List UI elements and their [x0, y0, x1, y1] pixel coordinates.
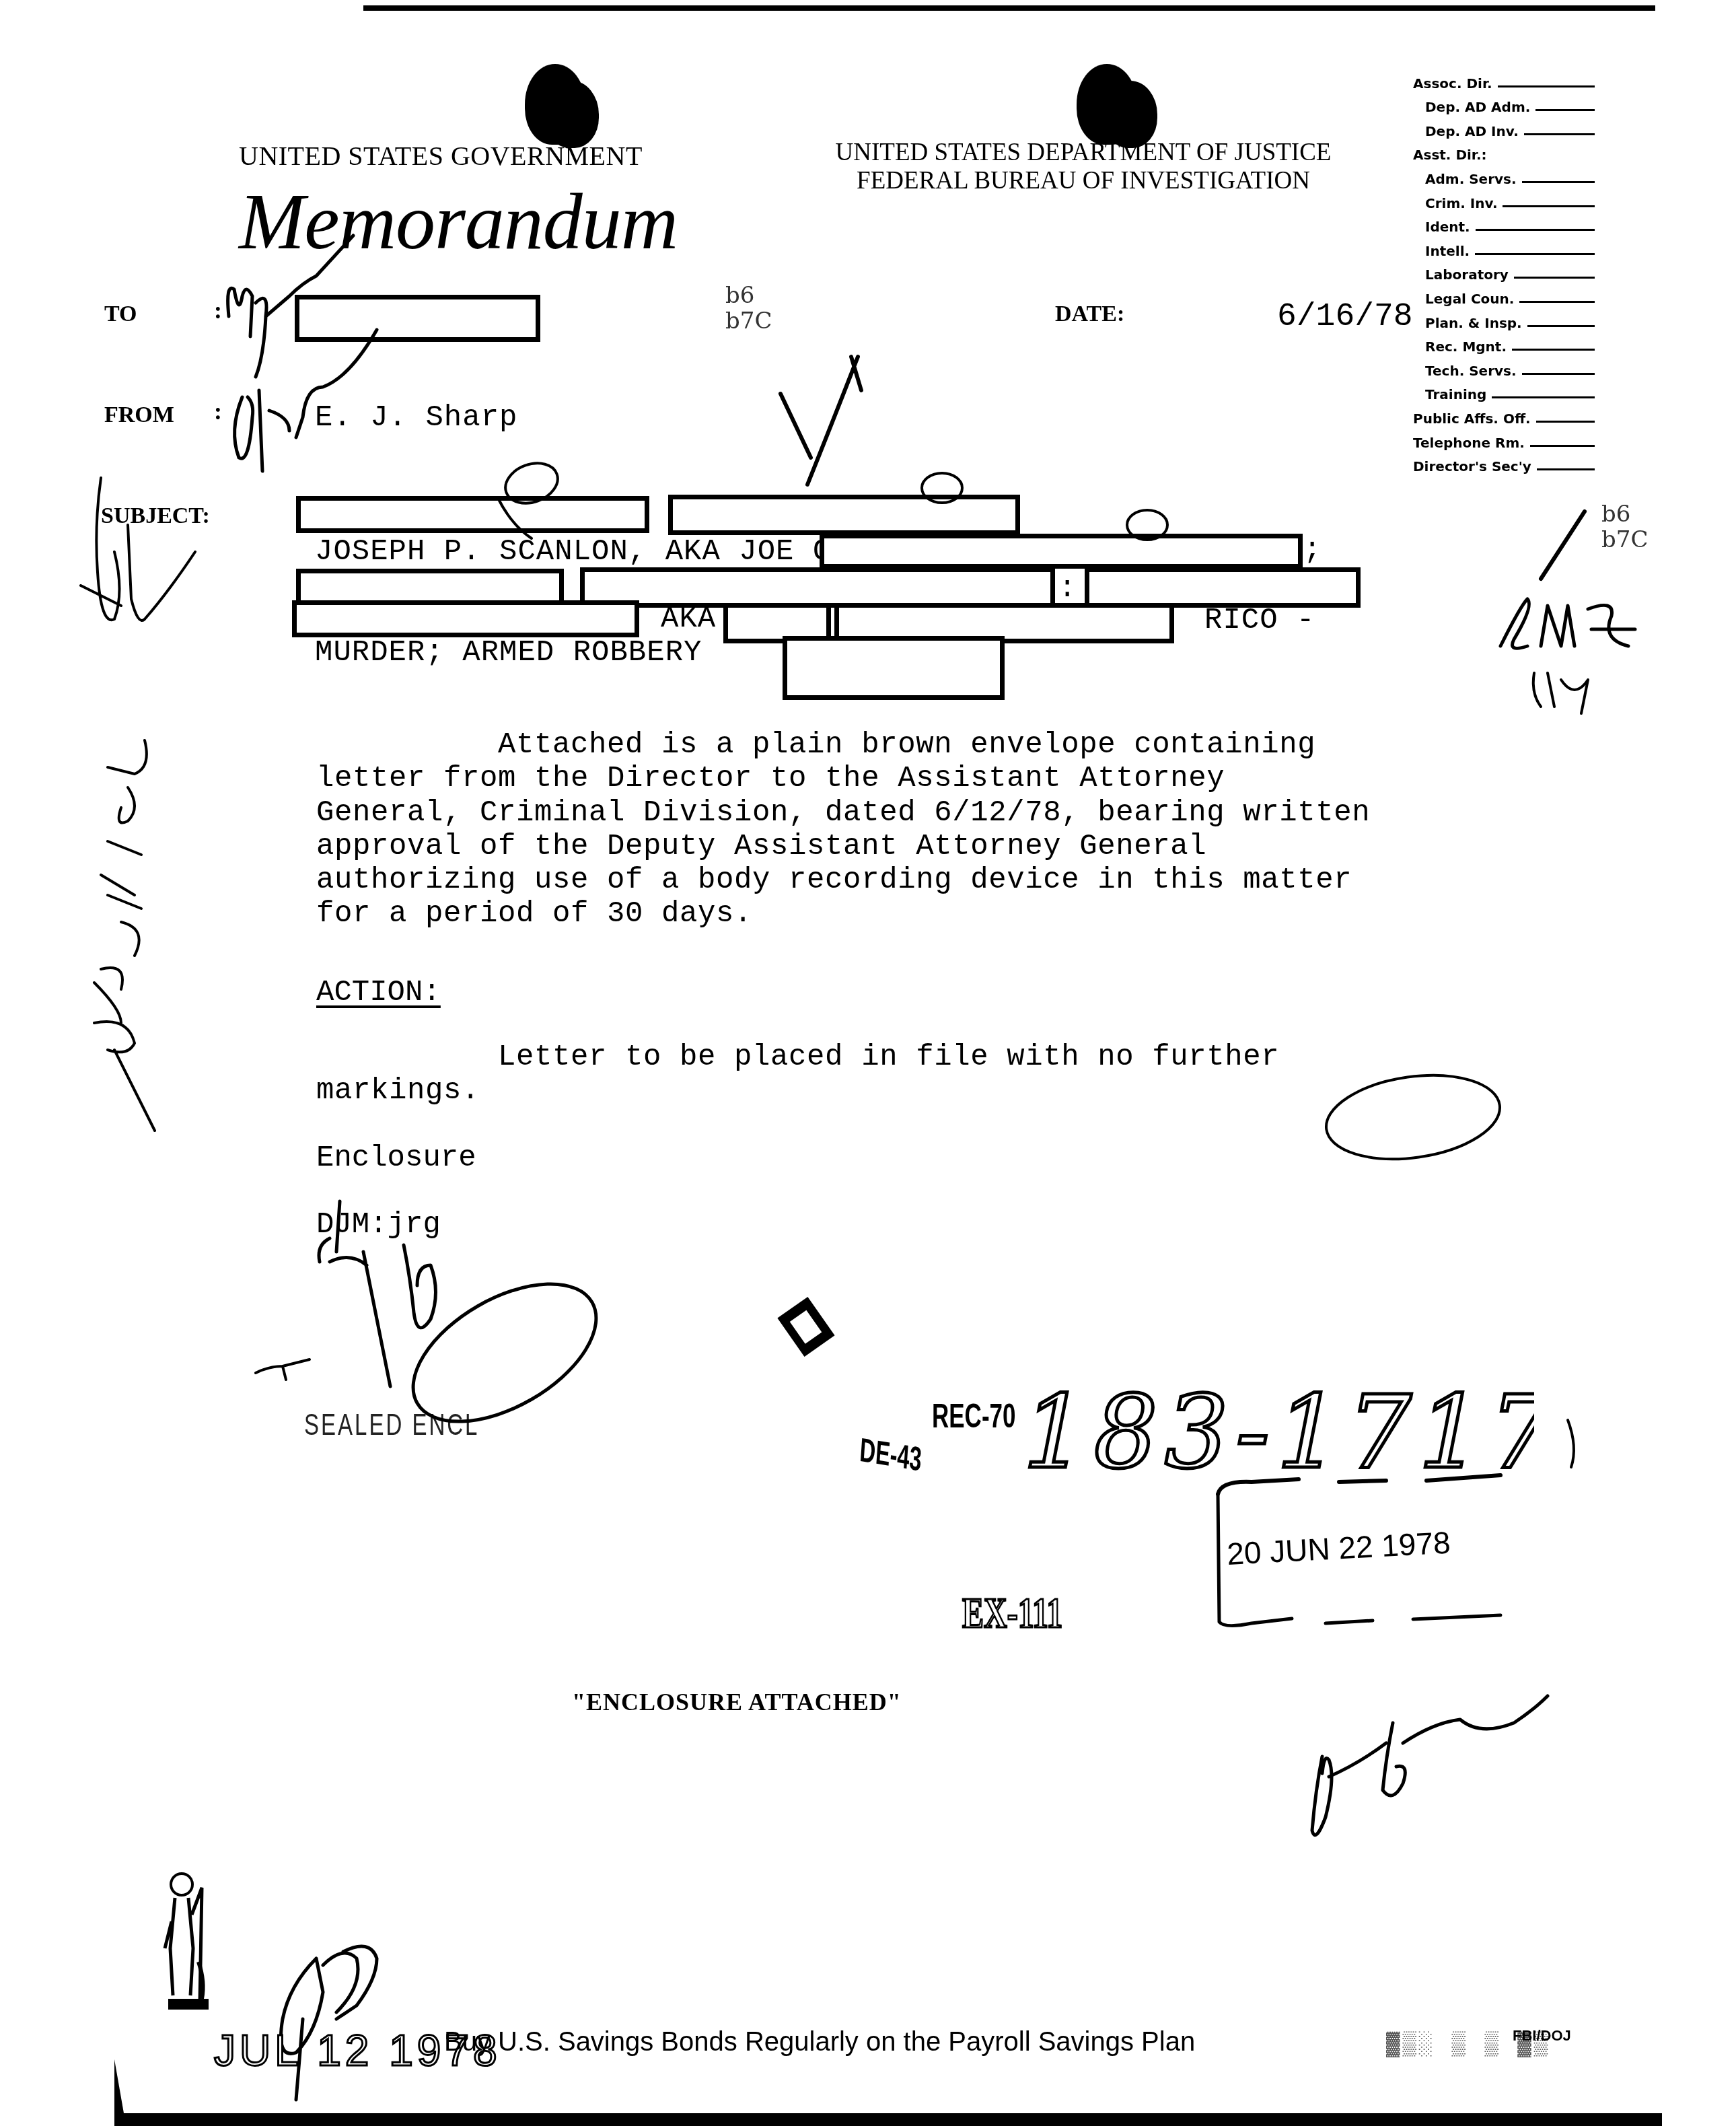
subject-colon: : [1058, 572, 1076, 606]
routing-row: Training [1413, 379, 1595, 403]
routing-initial-line [1512, 349, 1595, 351]
routing-initial-line [1476, 229, 1595, 231]
routing-initial-line [1492, 396, 1595, 398]
from-value: E. J. Sharp [315, 401, 517, 435]
letterhead-government: UNITED STATES GOVERNMENT [239, 140, 643, 172]
routing-label: Telephone Rm. [1413, 435, 1525, 451]
from-label: FROM [104, 402, 174, 428]
redaction-subject-3 [820, 534, 1303, 569]
exemption-b7c: b7C [725, 308, 772, 334]
routing-label: Assoc. Dir. [1413, 75, 1492, 92]
routing-label: Training [1413, 386, 1486, 402]
redaction-subject-7 [292, 600, 639, 637]
savings-bonds-slogan: Buy U.S. Savings Bonds Regularly on the … [444, 2027, 1195, 2057]
smudged-stamp-mark [774, 1285, 855, 1366]
subject-rico: RICO - [1204, 604, 1315, 637]
routing-initial-line [1522, 373, 1595, 375]
exemption-code-top: b6 b7C [725, 283, 772, 334]
routing-label: Adm. Servs. [1413, 171, 1517, 187]
action-heading: ACTION: [316, 976, 441, 1009]
routing-row: Adm. Servs. [1413, 163, 1595, 187]
memo-title: Memorandum [239, 176, 678, 268]
routing-label: Crim. Inv. [1413, 195, 1497, 211]
routing-row: Public Affs. Off. [1413, 402, 1595, 427]
routing-list: Assoc. Dir.Dep. AD Adm.Dep. AD Inv.Asst.… [1413, 67, 1595, 474]
department-line-2: FEDERAL BUREAU OF INVESTIGATION [801, 167, 1366, 195]
routing-row: Telephone Rm. [1413, 427, 1595, 451]
punch-hole-right-shadow [1104, 81, 1157, 148]
routing-label: Ident. [1413, 219, 1470, 235]
routing-row: Plan. & Insp. [1413, 307, 1595, 331]
routing-row: Intell. [1413, 235, 1595, 259]
de-stamp: DE-43 [859, 1430, 923, 1479]
routing-label: Intell. [1413, 243, 1470, 259]
letterhead-department: UNITED STATES DEPARTMENT OF JUSTICE FEDE… [801, 139, 1366, 195]
routing-initial-line [1537, 468, 1595, 470]
routing-row: Crim. Inv. [1413, 187, 1595, 211]
from-colon: : [214, 397, 222, 425]
routing-initial-line [1522, 181, 1595, 183]
routing-initial-line [1530, 445, 1595, 447]
subject-aka: AKA [661, 602, 716, 636]
routing-initial-line [1475, 253, 1595, 255]
enclosure-attached-stamp: "ENCLOSURE ATTACHED" [572, 1688, 902, 1716]
routing-row: Rec. Mgnt. [1413, 331, 1595, 355]
enclosure-note: Enclosure [316, 1141, 476, 1175]
routing-row: Laboratory [1413, 259, 1595, 283]
routing-row: Legal Coun. [1413, 283, 1595, 307]
received-stamp-frame [1211, 1467, 1521, 1642]
exemption-b6-right: b6 [1601, 501, 1648, 527]
redaction-subject-2 [668, 495, 1020, 535]
routing-row: Asst. Dir.: [1413, 139, 1595, 164]
fbi-doj-mark: FBI/DOJ [1513, 2027, 1571, 2045]
exemption-b6: b6 [725, 283, 772, 308]
routing-initial-line [1514, 277, 1595, 279]
routing-label: Dep. AD Inv. [1413, 123, 1519, 139]
routing-row: Assoc. Dir. [1413, 67, 1595, 92]
to-label: TO [104, 302, 137, 327]
punch-hole-left-shadow [545, 81, 599, 148]
redaction-subject-5 [580, 567, 1055, 608]
redaction-subject-6 [1085, 567, 1361, 608]
routing-label: Director's Sec'y [1413, 458, 1531, 474]
date-value: 6/16/78 [1277, 299, 1413, 335]
routing-initial-line [1535, 109, 1595, 111]
date-label: DATE: [1055, 302, 1124, 327]
department-line-1: UNITED STATES DEPARTMENT OF JUSTICE [801, 139, 1366, 167]
exemption-b7c-right: b7C [1601, 527, 1648, 553]
body-paragraph-2: Letter to be placed in file with no furt… [316, 1040, 1279, 1108]
bottom-rule-wedge [114, 2059, 124, 2113]
routing-initial-line [1524, 133, 1595, 135]
routing-label: Legal Coun. [1413, 291, 1514, 307]
routing-initial-line [1498, 85, 1595, 87]
routing-initial-line [1527, 325, 1595, 327]
to-colon: : [214, 296, 222, 324]
routing-row: Ident. [1413, 211, 1595, 236]
routing-row: Dep. AD Inv. [1413, 115, 1595, 139]
redaction-subject-10 [783, 636, 1005, 700]
routing-initial-line [1536, 421, 1595, 423]
minuteman-logo [151, 1868, 232, 2022]
routing-label: Asst. Dir.: [1413, 147, 1486, 163]
typist-initials: DJM:jrg [316, 1208, 441, 1242]
routing-label: Dep. AD Adm. [1413, 99, 1530, 115]
routing-row: Director's Sec'y [1413, 451, 1595, 475]
routing-label: Public Affs. Off. [1413, 411, 1531, 427]
routing-row: Dep. AD Adm. [1413, 92, 1595, 116]
routing-label: Rec. Mgnt. [1413, 339, 1507, 355]
routing-label: Plan. & Insp. [1413, 315, 1522, 331]
sealed-enclosure-stamp: SEALED ENCL [304, 1409, 479, 1442]
subject-line-3: MURDER; ARMED ROBBERY [315, 636, 702, 670]
body-paragraph-1: Attached is a plain brown envelope conta… [316, 728, 1370, 931]
routing-initial-line [1519, 301, 1595, 303]
redaction-to [295, 295, 540, 342]
subject-semicolon: ; [1303, 534, 1321, 567]
ex-stamp: EX-111 [962, 1588, 1062, 1638]
top-rule [363, 5, 1655, 11]
subject-label: SUBJECT: [101, 503, 210, 529]
bottom-rule [114, 2113, 1662, 2126]
routing-label: Laboratory [1413, 267, 1509, 283]
routing-label: Tech. Servs. [1413, 363, 1517, 379]
routing-initial-line [1503, 205, 1595, 207]
exemption-code-right: b6 b7C [1601, 501, 1648, 553]
redaction-subject-1 [296, 496, 649, 533]
routing-row: Tech. Servs. [1413, 355, 1595, 379]
rec-stamp: REC-70 [932, 1396, 1015, 1436]
